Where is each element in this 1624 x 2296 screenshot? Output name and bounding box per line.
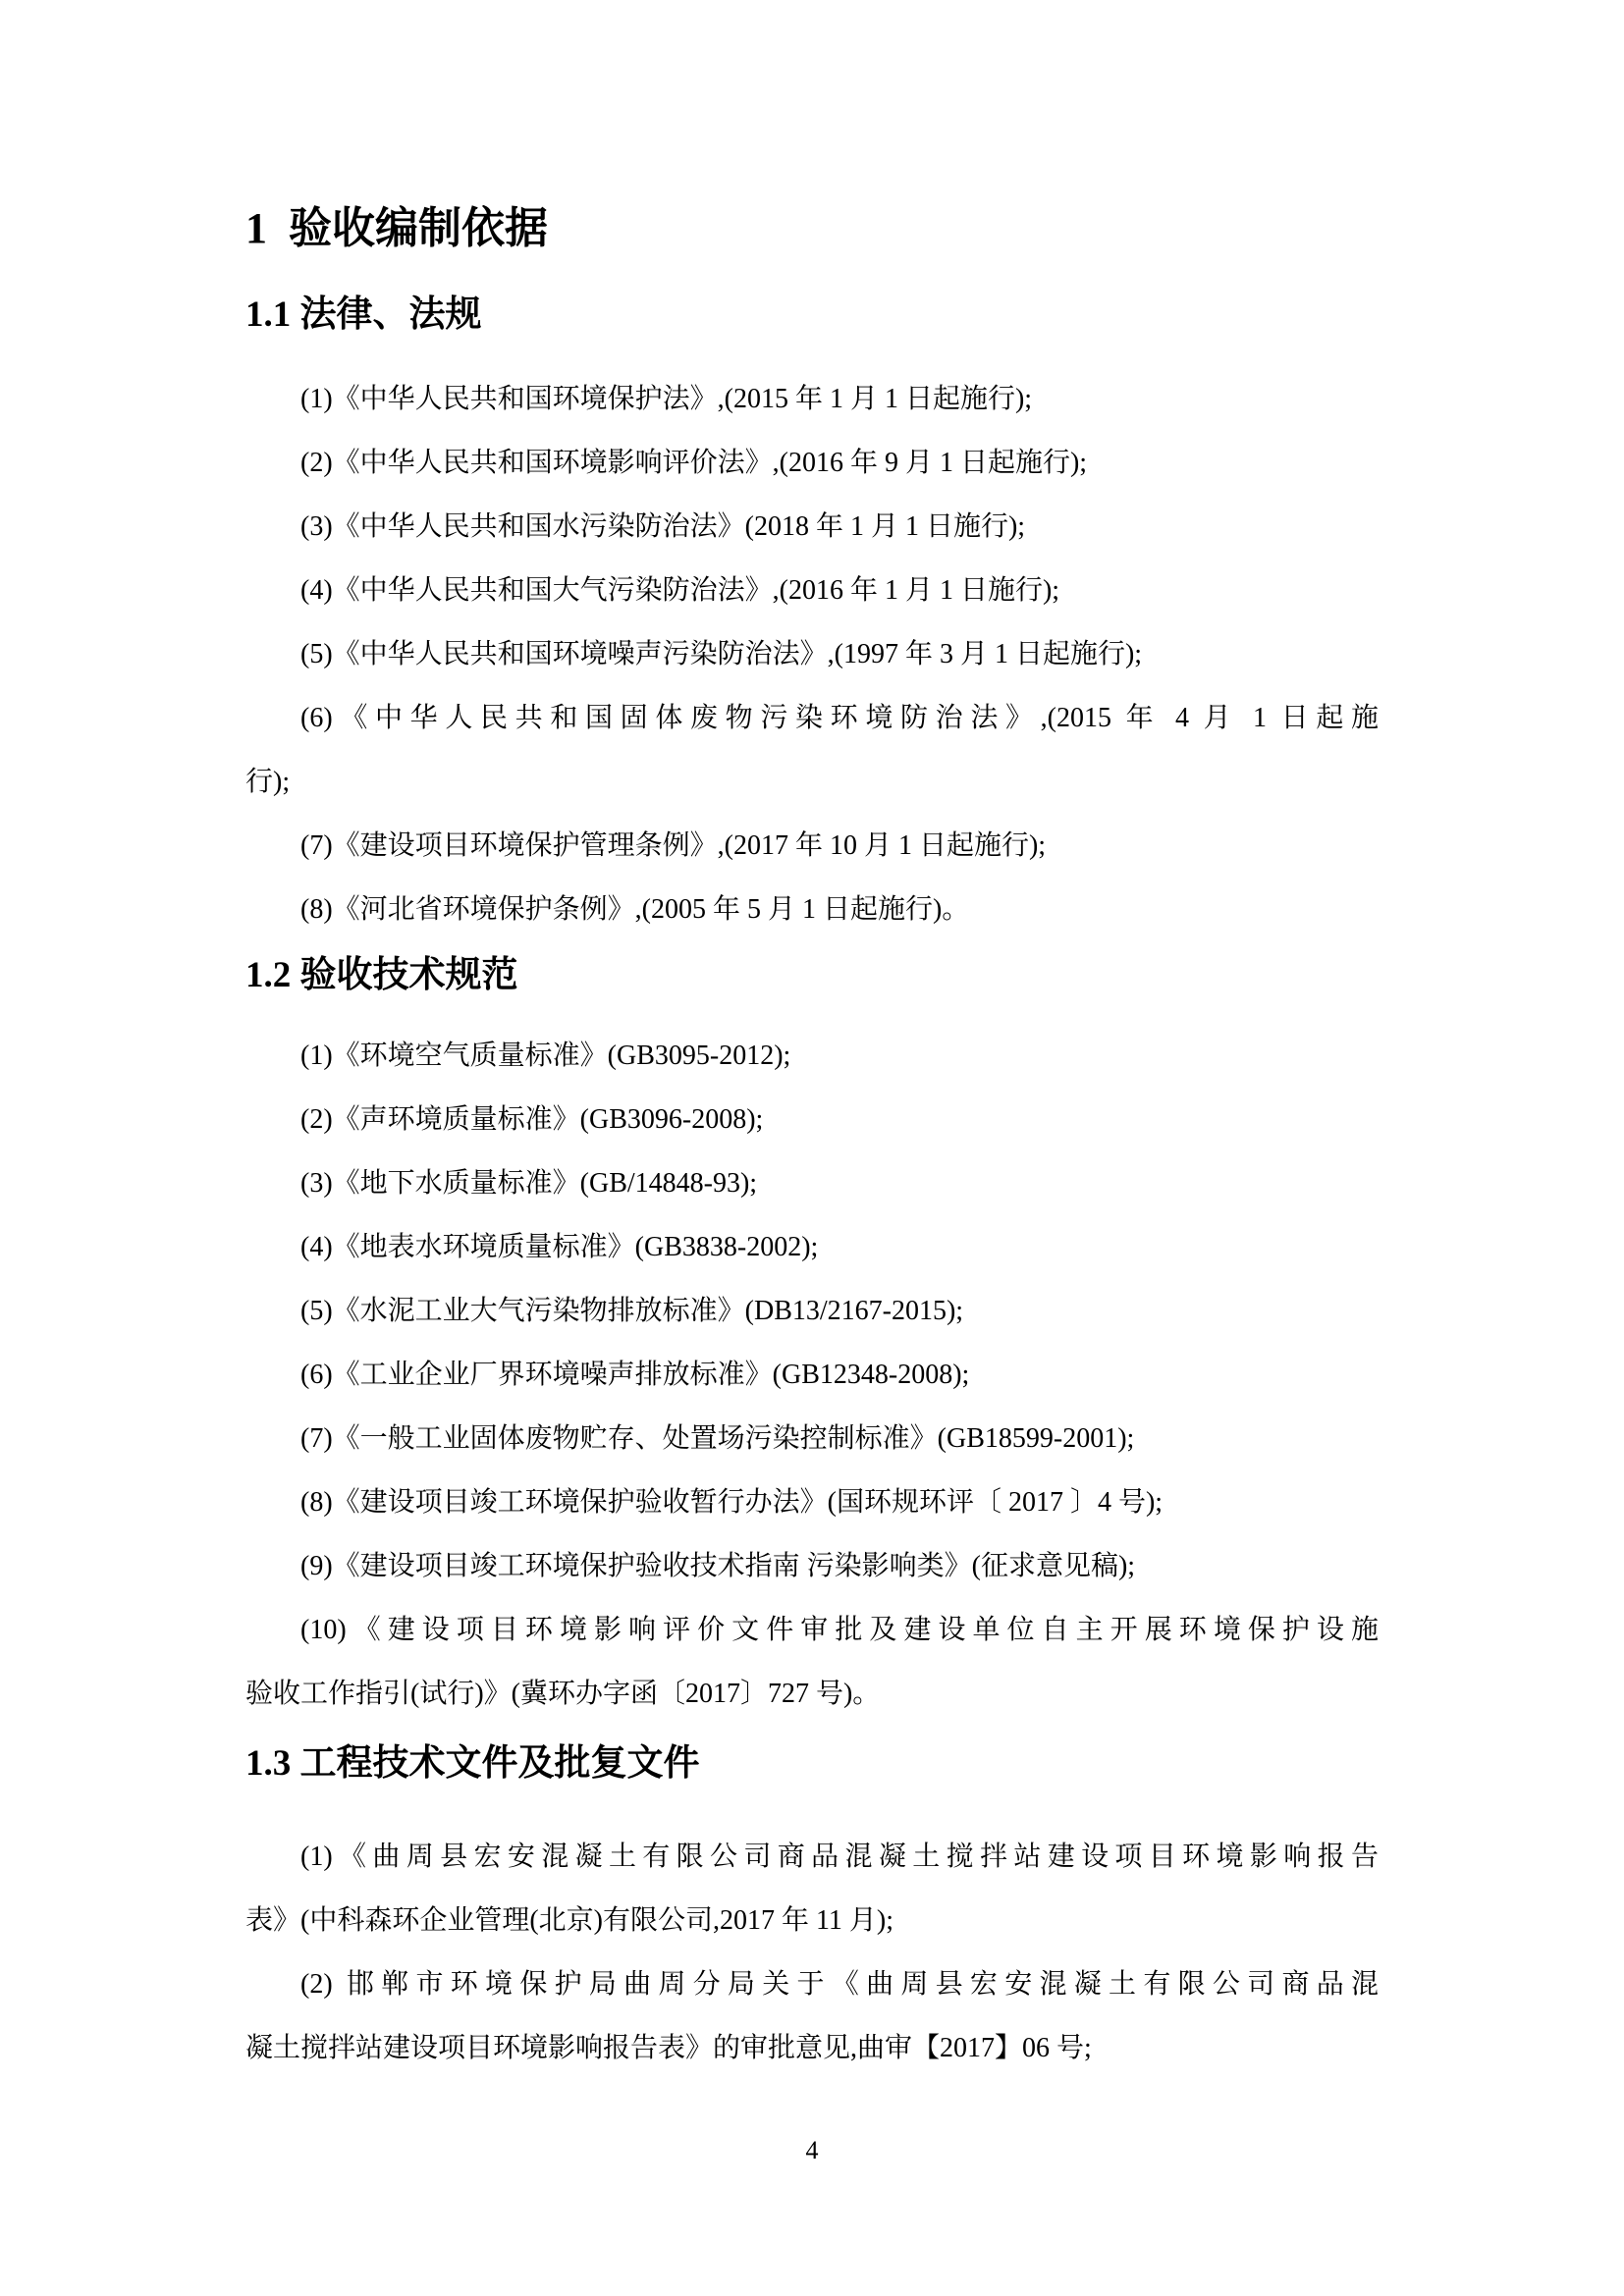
standard-item-1: (1)《环境空气质量标准》(GB3095-2012);	[245, 1024, 1379, 1088]
law-item-4: (4)《中华人民共和国大气污染防治法》,(2016 年 1 月 1 日施行);	[245, 559, 1379, 622]
standard-item-3: (3)《地下水质量标准》(GB/14848-93);	[245, 1151, 1379, 1215]
tech-doc-item-1-line-2: 表》(中科森环企业管理(北京)有限公司,2017 年 11 月);	[245, 1889, 1379, 1952]
law-item-2: (2)《中华人民共和国环境影响评价法》,(2016 年 9 月 1 日起施行);	[245, 431, 1379, 495]
law-item-5: (5)《中华人民共和国环境噪声污染防治法》,(1997 年 3 月 1 日起施行…	[245, 622, 1379, 686]
document-page: 1 验收编制依据 1.1 法律、法规 (1)《中华人民共和国环境保护法》,(20…	[0, 0, 1624, 2296]
tech-doc-item-2-line-1: (2) 邯郸市环境保护局曲周分局关于《曲周县宏安混凝土有限公司商品混	[245, 1952, 1379, 2016]
standard-item-6: (6)《工业企业厂界环境噪声排放标准》(GB12348-2008);	[245, 1343, 1379, 1407]
tech-doc-item-2-line-2: 凝土搅拌站建设项目环境影响报告表》的审批意见,曲审【2017】06 号;	[245, 2016, 1379, 2080]
section-1-3-heading: 1.3 工程技术文件及批复文件	[245, 1740, 1379, 1788]
law-item-8: (8)《河北省环境保护条例》,(2005 年 5 月 1 日起施行)。	[245, 878, 1379, 941]
law-item-3: (3)《中华人民共和国水污染防治法》(2018 年 1 月 1 日施行);	[245, 495, 1379, 559]
law-item-1: (1)《中华人民共和国环境保护法》,(2015 年 1 月 1 日起施行);	[245, 367, 1379, 431]
standard-item-4: (4)《地表水环境质量标准》(GB3838-2002);	[245, 1215, 1379, 1279]
section-1-2-heading: 1.2 验收技术规范	[245, 952, 1379, 999]
standard-item-7: (7)《一般工业固体废物贮存、处置场污染控制标准》(GB18599-2001);	[245, 1407, 1379, 1470]
page-number: 4	[0, 2118, 1624, 2182]
standard-item-10-line-2: 验收工作指引(试行)》(冀环办字函〔2017〕727 号)。	[245, 1662, 1379, 1726]
standard-item-10-line-1: (10)《建设项目环境影响评价文件审批及建设单位自主开展环境保护设施	[245, 1598, 1379, 1662]
section-1-heading: 1 验收编制依据	[245, 201, 1379, 256]
standard-item-8: (8)《建设项目竣工环境保护验收暂行办法》(国环规环评〔 2017 〕4 号);	[245, 1470, 1379, 1534]
law-item-6-line-2: 行);	[245, 750, 1379, 814]
standard-item-5: (5)《水泥工业大气污染物排放标准》(DB13/2167-2015);	[245, 1279, 1379, 1343]
law-item-6-line-1: (6)《中华人民共和国固体废物污染环境防治法》,(2015 年 4 月 1 日起…	[245, 686, 1379, 750]
law-item-7: (7)《建设项目环境保护管理条例》,(2017 年 10 月 1 日起施行);	[245, 814, 1379, 878]
standard-item-2: (2)《声环境质量标准》(GB3096-2008);	[245, 1088, 1379, 1151]
standard-item-9: (9)《建设项目竣工环境保护验收技术指南 污染影响类》(征求意见稿);	[245, 1534, 1379, 1598]
tech-doc-item-1-line-1: (1)《曲周县宏安混凝土有限公司商品混凝土搅拌站建设项目环境影响报告	[245, 1825, 1379, 1889]
section-1-1-heading: 1.1 法律、法规	[245, 292, 1379, 339]
